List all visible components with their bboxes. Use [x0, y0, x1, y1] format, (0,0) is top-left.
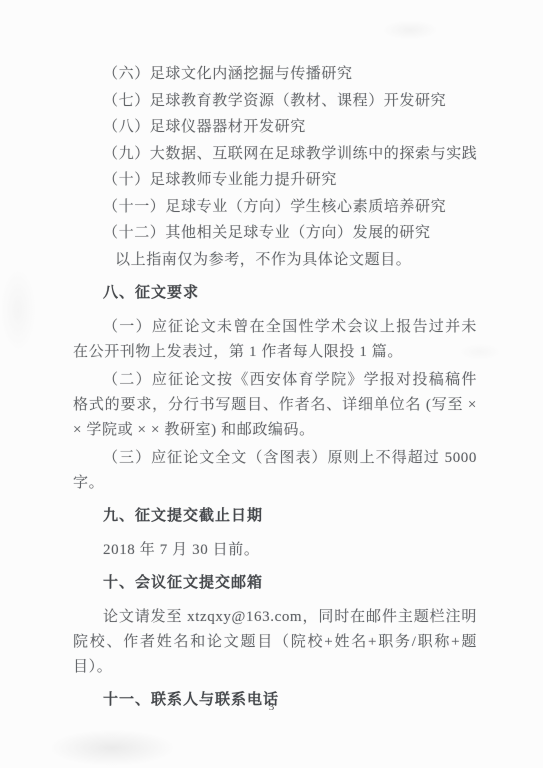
page-number: 3 — [0, 701, 543, 713]
topic-item: （八）足球仪器器材开发研究 — [73, 114, 477, 141]
sections-container: 八、征文要求（一）应征论文未曾在全国性学术会议上报告过并未在公开刊物上发表过，第… — [73, 281, 477, 713]
topic-item: （七）足球教育教学资源（教材、课程）开发研究 — [73, 88, 477, 115]
body-paragraph: （一）应征论文未曾在全国性学术会议上报告过并未在公开刊物上发表过，第 1 作者每… — [73, 315, 477, 365]
topic-item: （十二）其他相关足球专业（方向）发展的研究 — [73, 220, 477, 247]
scanned-document-page: （六）足球文化内涵挖掘与传播研究（七）足球教育教学资源（教材、课程）开发研究（八… — [0, 0, 543, 768]
topic-note: 以上指南仅为参考，不作为具体论文题目。 — [73, 247, 477, 274]
section-heading: 八、征文要求 — [73, 281, 477, 306]
topic-item: （十一）足球专业（方向）学生核心素质培养研究 — [73, 194, 477, 221]
body-paragraph: （三）应征论文全文（含图表）原则上不得超过 5000 字。 — [73, 446, 477, 496]
body-paragraph: 2018 年 7 月 30 日前。 — [73, 538, 477, 563]
document-body: （六）足球文化内涵挖掘与传播研究（七）足球教育教学资源（教材、课程）开发研究（八… — [73, 61, 477, 722]
section-heading: 十、会议征文提交邮箱 — [73, 571, 477, 596]
topic-item: （六）足球文化内涵挖掘与传播研究 — [73, 61, 477, 88]
topic-item: （十）足球教师专业能力提升研究 — [73, 167, 477, 194]
section-heading: 九、征文提交截止日期 — [73, 504, 477, 529]
body-paragraph: （二）应征论文按《西安体育学院》学报对投稿稿件格式的要求，分行书写题目、作者名、… — [73, 368, 477, 443]
body-paragraph: 论文请发至 xtzqxy@163.com，同时在邮件主题栏注明院校、作者姓名和论… — [73, 605, 477, 680]
topic-item: （九）大数据、互联网在足球教学训练中的探索与实践 — [73, 141, 477, 168]
topic-list: （六）足球文化内涵挖掘与传播研究（七）足球教育教学资源（教材、课程）开发研究（八… — [73, 61, 477, 247]
